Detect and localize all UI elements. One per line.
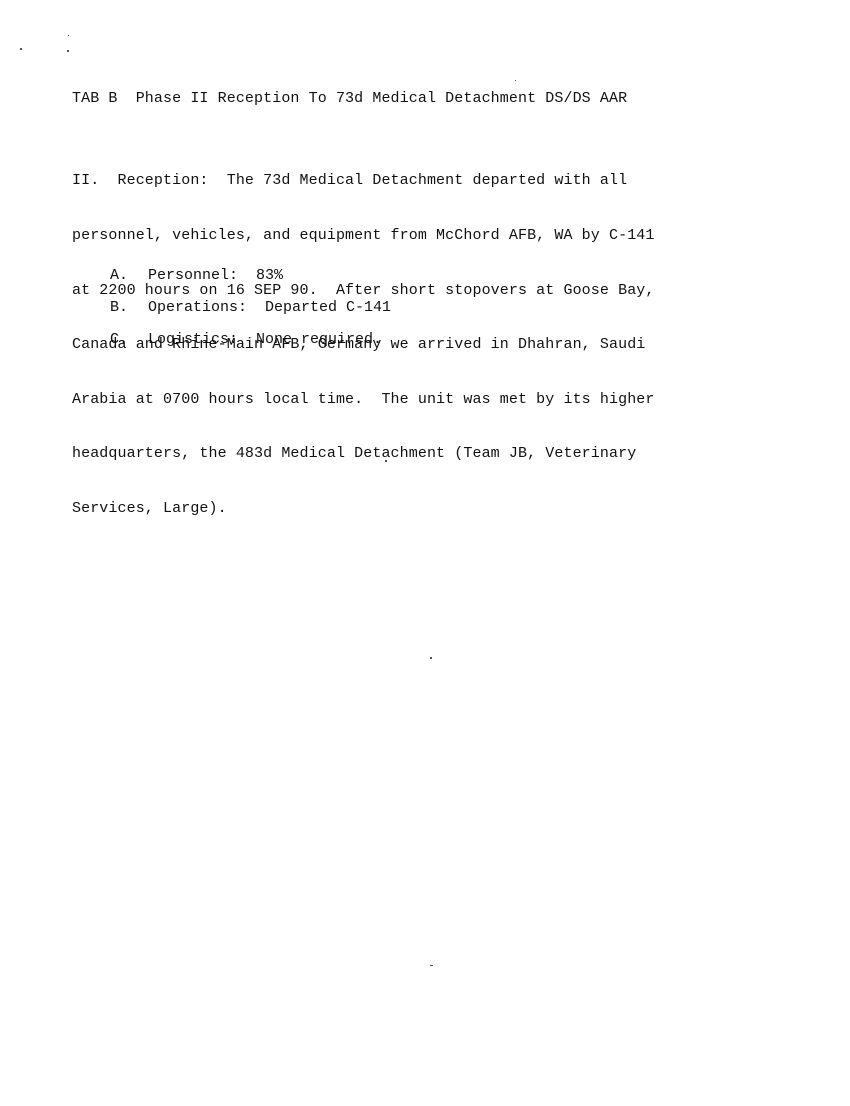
item-letter: A. [110, 267, 148, 285]
paragraph-line: Services, Large). [72, 500, 712, 518]
scan-speck [385, 460, 387, 462]
scan-speck [68, 35, 69, 36]
item-value: 83% [256, 267, 283, 285]
subsection-list: A. Personnel: 83% B. Operations: Departe… [110, 267, 391, 363]
paragraph-line: Arabia at 0700 hours local time. The uni… [72, 391, 712, 409]
scan-speck [430, 657, 432, 659]
document-header: TAB B Phase II Reception To 73d Medical … [72, 90, 627, 108]
paragraph-line: headquarters, the 483d Medical Detachmen… [72, 445, 712, 463]
subsection-personnel: A. Personnel: 83% [110, 267, 391, 285]
subsection-logistics: C. Logistics: None required. [110, 331, 391, 349]
scan-speck [515, 80, 516, 81]
item-label: Logistics: [148, 331, 256, 349]
scan-speck [20, 48, 22, 50]
item-label: Personnel: [148, 267, 256, 285]
scan-speck [430, 965, 433, 966]
scan-speck [67, 50, 69, 52]
paragraph-line: personnel, vehicles, and equipment from … [72, 227, 712, 245]
item-value: Departed C-141 [265, 299, 391, 317]
paragraph-line: II. Reception: The 73d Medical Detachmen… [72, 172, 712, 190]
subsection-operations: B. Operations: Departed C-141 [110, 299, 391, 317]
item-letter: B. [110, 299, 148, 317]
item-letter: C. [110, 331, 148, 349]
document-page: TAB B Phase II Reception To 73d Medical … [0, 0, 850, 1106]
item-value: None required. [256, 331, 382, 349]
item-label: Operations: [148, 299, 265, 317]
